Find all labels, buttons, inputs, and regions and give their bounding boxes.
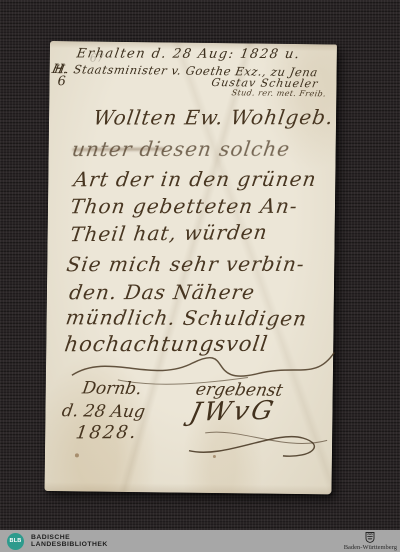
library-name: BADISCHE LANDESBIBLIOTHEK <box>31 534 108 549</box>
library-footer-bar: BLB BADISCHE LANDESBIBLIOTHEK Baden-Würt… <box>0 530 400 552</box>
sender-title: Stud. rer. met. Freib. <box>231 88 327 98</box>
library-name-line1: BADISCHE <box>31 534 108 542</box>
state-name-label: Baden-Württemberg <box>344 544 397 551</box>
body-line: Sie mich sehr verbin- <box>65 252 306 276</box>
dateline-year: 1828. <box>75 422 140 443</box>
manuscript-page: 67 Erhalten d. 28 Aug: 1828 u. H. Staats… <box>45 41 337 494</box>
margin-mark-number: 6 <box>57 74 65 89</box>
baden-wuerttemberg-mark: Baden-Württemberg <box>344 530 397 552</box>
body-line: Theil hat, würden <box>69 220 270 246</box>
foxing-stain <box>75 453 79 457</box>
dateline-date: d. 28 Aug <box>61 401 147 422</box>
body-line: mündlich. Schuldigen <box>64 305 309 330</box>
received-note-line1: Erhalten d. 28 Aug: 1828 u. <box>76 46 302 62</box>
blb-logo-text: BLB <box>10 538 22 544</box>
body-line: Thon gebetteten An- <box>69 194 300 218</box>
body-line: Art der in den grünen <box>72 167 318 191</box>
dateline-place: Dornb. <box>81 378 143 399</box>
photo-background: 67 Erhalten d. 28 Aug: 1828 u. H. Staats… <box>0 0 400 552</box>
library-name-line2: LANDESBIBLIOTHEK <box>31 541 108 549</box>
blb-logo: BLB <box>7 533 24 550</box>
body-line: den. Das Nähere <box>68 280 257 304</box>
coat-of-arms-icon <box>365 532 375 543</box>
foxing-stain <box>254 344 257 347</box>
foxing-stain <box>213 455 216 458</box>
body-line: Wollten Ew. Wohlgeb. <box>92 105 335 129</box>
signature-flourish <box>185 425 335 461</box>
signature: JWvG <box>187 396 279 428</box>
